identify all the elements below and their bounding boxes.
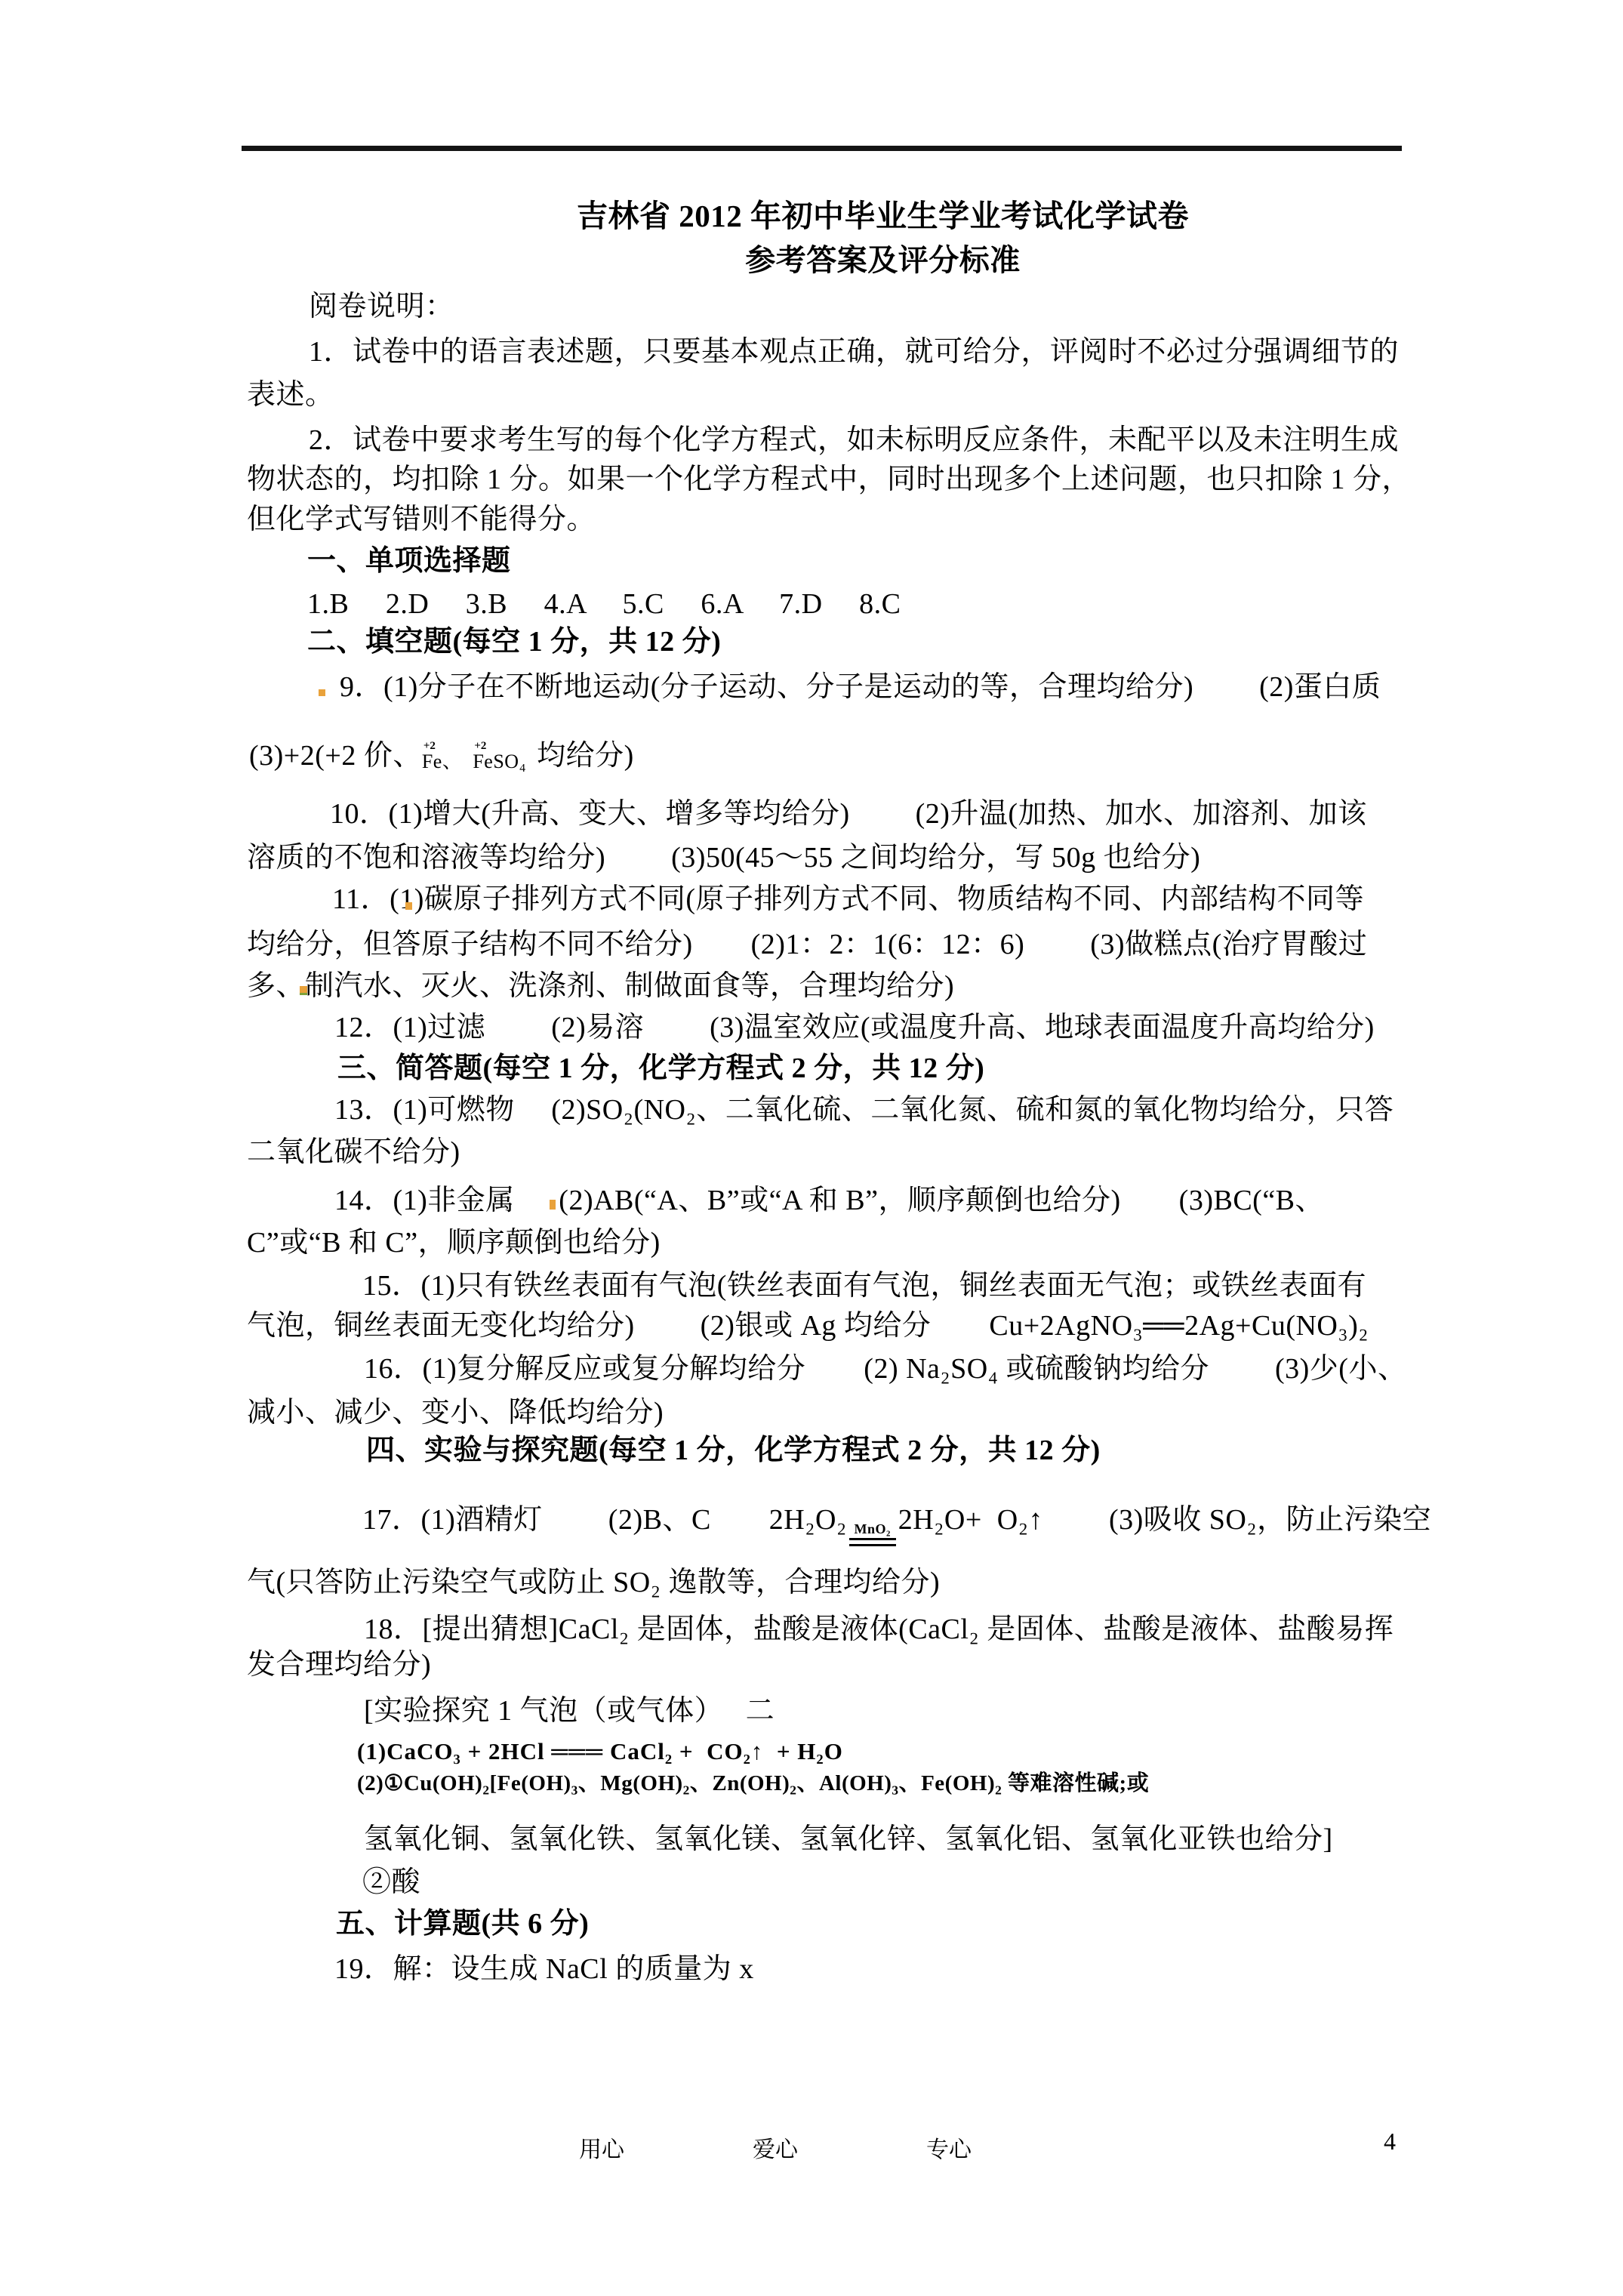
q19-line: 19．解：设生成 NaCl 的质量为 x bbox=[334, 1952, 754, 1986]
q15-line1: 15．(1)只有铁丝表面有气泡(铁丝表面有气泡，铜丝表面无气泡；或铁丝表面有 bbox=[362, 1268, 1366, 1303]
q18-equation1: (1)CaCO₃ + 2HCl ═══ CaCl₂ + CO₂↑ + H₂O bbox=[357, 1738, 843, 1765]
page-subtitle: 参考答案及评分标准 bbox=[247, 243, 1474, 278]
catalyst-over-equals: MnO₂ bbox=[849, 1522, 896, 1546]
q18-line1: 18．[提出猜想]CaCl₂ 是固体，盐酸是液体(CaCl₂ 是固体、盐酸是液体… bbox=[364, 1612, 1394, 1647]
q11-line3: 多、制汽水、灭火、洗涤剂、制做面食等，合理均给分) bbox=[247, 969, 954, 1003]
q18-line5: ②酸 bbox=[362, 1865, 420, 1900]
iron-symbol: Fe、 bbox=[422, 752, 463, 772]
q15-line2: 气泡，铜丝表面无变化均给分) (2)银或 Ag 均给分 Cu+2AgNO₃══2… bbox=[247, 1308, 1369, 1343]
q11-line2: 均给分，但答原子结构不同不给分) (2)1：2：1(6：12：6) (3)做糕点… bbox=[247, 927, 1367, 962]
section5-heading: 五、计算题(共 6 分) bbox=[336, 1906, 589, 1941]
q13-line1: 13．(1)可燃物 (2)SO₂(NO₂、二氧化硫、二氧化氮、硫和氮的氧化物均给… bbox=[334, 1093, 1394, 1127]
note2-line3: 但化学式写错则不能得分。 bbox=[247, 502, 596, 537]
section2-heading: 二、填空题(每空 1 分，共 12 分) bbox=[307, 624, 721, 659]
q14-line1: 14．(1)非金属 (2)AB(“A、B”或“A 和 B”，顺序颠倒也给分) (… bbox=[334, 1183, 1324, 1218]
q9-line2-pre: (3)+2(+2 价、 bbox=[249, 740, 422, 772]
grading-note-label: 阅卷说明： bbox=[309, 289, 454, 324]
section3-heading: 三、简答题(每空 1 分，化学方程式 2 分，共 12 分) bbox=[337, 1051, 984, 1086]
q17-line1-pre: 17．(1)酒精灯 (2)B、C 2H₂O₂ bbox=[362, 1504, 847, 1536]
q10-line2: 溶质的不饱和溶液等均给分) (3)50(45～55 之间均给分，写 50g 也给… bbox=[247, 840, 1200, 875]
q9-line1: 9．(1)分子在不断地运动(分子运动、分子是运动的等，合理均给分) (2)蛋白质 bbox=[340, 670, 1381, 704]
q12-line: 12．(1)过滤 (2)易溶 (3)温室效应(或温度升高、地球表面温度升高均给分… bbox=[334, 1010, 1375, 1045]
q9-line2-post: 均给分) bbox=[537, 740, 634, 772]
multiple-choice-answers: 1.B 2.D 3.B 4.A 5.C 6.A 7.D 8.C bbox=[307, 587, 901, 621]
note2-line2: 物状态的，均扣除 1 分。如果一个化学方程式中，同时出现多个上述问题，也只扣除 … bbox=[247, 462, 1411, 497]
header-rule bbox=[242, 146, 1402, 151]
q14-line2: C”或“B 和 C”，顺序颠倒也给分) bbox=[247, 1225, 661, 1260]
footer-motto-2: 爱心 bbox=[753, 2131, 798, 2164]
footer-motto-1: 用心 bbox=[579, 2131, 624, 2164]
note1-line2: 表述。 bbox=[247, 378, 334, 412]
page-title: 吉林省 2012 年初中毕业生学业考试化学试卷 bbox=[247, 199, 1474, 233]
q17-line1-post: 2H₂O+ O₂↑ (3)吸收 SO₂，防止污染空 bbox=[898, 1504, 1431, 1536]
iron-sulfate-valence-stack: +2FeSO₄ bbox=[473, 741, 526, 772]
q16-line2: 减小、减少、变小、降低均给分) bbox=[247, 1395, 664, 1430]
section4-heading: 四、实验与探究题(每空 1 分，化学方程式 2 分，共 12 分) bbox=[366, 1433, 1101, 1468]
page-number: 4 bbox=[1384, 2128, 1396, 2156]
q18-line3: [实验探究 1 气泡（或气体） 二 bbox=[364, 1693, 775, 1728]
q10-line1: 10．(1)增大(升高、变大、增多等均给分) (2)升温(加热、加水、加溶剂、加… bbox=[330, 797, 1367, 831]
highlight-artifact-dot bbox=[319, 689, 325, 696]
q17-line1: 17．(1)酒精灯 (2)B、C 2H₂O₂MnO₂2H₂O+ O₂↑ (3)吸… bbox=[362, 1502, 1431, 1546]
note1-line1: 1．试卷中的语言表述题，只要基本观点正确，就可给分，评阅时不必过分强调细节的 bbox=[309, 334, 1399, 369]
note2-line1: 2．试卷中要求考生写的每个化学方程式，如未标明反应条件，未配平以及未注明生成 bbox=[309, 423, 1399, 458]
iron-ion-valence-stack: +2Fe、 bbox=[422, 741, 463, 772]
highlight-artifact-dot bbox=[300, 986, 307, 995]
section1-heading: 一、单项选择题 bbox=[307, 544, 511, 578]
footer-motto-3: 专心 bbox=[926, 2131, 972, 2164]
q18-line4: 氢氧化铜、氢氧化铁、氢氧化镁、氢氧化锌、氢氧化铝、氢氧化亚铁也给分] bbox=[364, 1822, 1333, 1857]
q13-line2: 二氧化碳不给分) bbox=[247, 1135, 460, 1170]
double-equals-line bbox=[849, 1538, 896, 1546]
q18-line2: 发合理均给分) bbox=[247, 1647, 431, 1682]
q11-line1: 11．(1)碳原子排列方式不同(原子排列方式不同、物质结构不同、内部结构不同等 bbox=[332, 882, 1364, 917]
highlight-artifact-dot bbox=[405, 902, 412, 910]
highlight-artifact-dot bbox=[550, 1200, 556, 1210]
q16-line1: 16．(1)复分解反应或复分解均给分 (2) Na₂SO₄ 或硫酸钠均给分 (3… bbox=[364, 1351, 1406, 1386]
catalyst-label: MnO₂ bbox=[849, 1522, 896, 1536]
q17-line2: 气(只答防止污染空气或防止 SO₂ 逸散等，合理均给分) bbox=[247, 1565, 940, 1600]
q9-line2: (3)+2(+2 价、+2Fe、+2FeSO₄均给分) bbox=[249, 738, 634, 773]
iron-sulfate-formula: FeSO₄ bbox=[473, 752, 526, 772]
document-page: { "doc": { "title": "吉林省 2012 年初中毕业生学业考试… bbox=[0, 0, 1623, 2296]
q18-equation2: (2)①Cu(OH)₂[Fe(OH)₃、Mg(OH)₂、Zn(OH)₂、Al(O… bbox=[357, 1771, 1149, 1796]
